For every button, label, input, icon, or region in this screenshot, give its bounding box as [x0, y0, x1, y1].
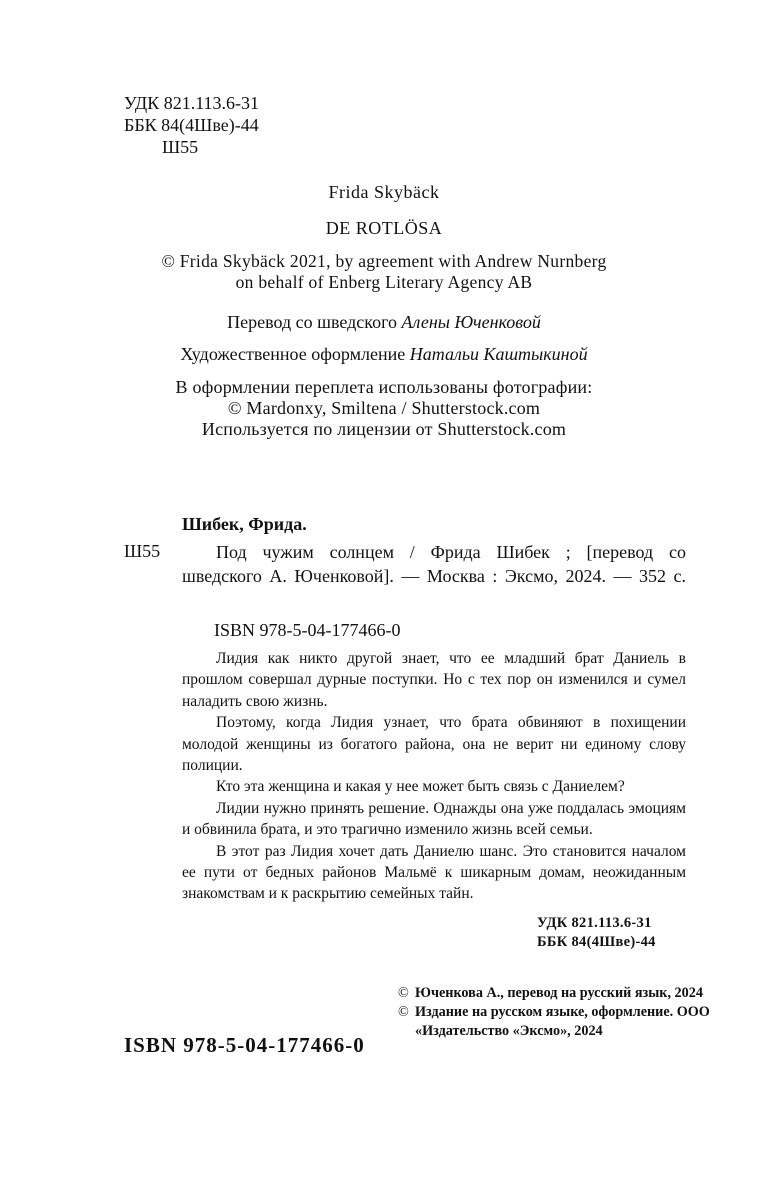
translator-credit: Перевод со шведского Алены Юченковой	[0, 311, 768, 333]
biblio-author-heading: Шибек, Фрида.	[182, 513, 307, 535]
biblio-author-mark: Ш55	[124, 540, 160, 562]
copyright-icon: ©	[398, 984, 409, 1003]
copyright-notice: © Издание на русском языке, оформление. …	[398, 1003, 718, 1041]
author-mark: Ш55	[124, 136, 259, 158]
annotation-paragraph: В этот раз Лидия хочет дать Даниелю шанс…	[182, 841, 686, 905]
original-author: Frida Skybäck	[0, 181, 768, 203]
designer-name: Натальи Каштыкиной	[410, 344, 588, 364]
footer-isbn: ISBN 978-5-04-177466-0	[124, 1032, 365, 1058]
designer-credit: Художественное оформление Натальи Каштык…	[0, 343, 768, 365]
original-copyright: © Frida Skybäck 2021, by agreement with …	[0, 251, 768, 293]
original-title: DE ROTLÖSA	[0, 217, 768, 239]
bbk-code-bottom: ББК 84(4Шве)-44	[537, 933, 656, 952]
copyright-icon: ©	[398, 1003, 409, 1022]
footer-copyrights: © Юченкова А., перевод на русский язык, …	[398, 984, 718, 1041]
translator-prefix: Перевод со шведского	[227, 312, 397, 332]
annotation: Лидия как никто другой знает, что ее мла…	[182, 648, 686, 905]
annotation-paragraph: Лидии нужно принять решение. Однажды она…	[182, 798, 686, 841]
original-copyright-line2: on behalf of Enberg Literary Agency AB	[0, 272, 768, 293]
cover-photo-credits: В оформлении переплета использованы фото…	[0, 377, 768, 440]
classification-bottom: УДК 821.113.6-31 ББК 84(4Шве)-44	[537, 914, 656, 952]
udk-code-bottom: УДК 821.113.6-31	[537, 914, 656, 933]
biblio-isbn: ISBN 978-5-04-177466-0	[214, 619, 401, 641]
copyright-text: Юченкова А., перевод на русский язык, 20…	[415, 985, 703, 1001]
copyright-text: Издание на русском языке, оформление. ОО…	[415, 1004, 710, 1039]
copyright-notice: © Юченкова А., перевод на русский язык, …	[398, 984, 718, 1003]
original-copyright-line1: © Frida Skybäck 2021, by agreement with …	[0, 251, 768, 272]
cover-credits-line1: В оформлении переплета использованы фото…	[0, 377, 768, 398]
bbk-code: ББК 84(4Шве)-44	[124, 114, 259, 136]
annotation-paragraph: Лидия как никто другой знает, что ее мла…	[182, 648, 686, 712]
cover-credits-line3: Используется по лицензии от Shutterstock…	[0, 419, 768, 440]
annotation-paragraph: Кто эта женщина и какая у нее может быть…	[182, 776, 686, 797]
udk-code: УДК 821.113.6-31	[124, 92, 259, 114]
cover-credits-line2: © Mardonxy, Smiltena / Shutterstock.com	[0, 398, 768, 419]
biblio-description: Под чужим солнцем / Фрида Шибек ; [перев…	[182, 540, 686, 588]
classification-top: УДК 821.113.6-31 ББК 84(4Шве)-44 Ш55	[124, 92, 259, 158]
annotation-paragraph: Поэтому, когда Лидия узнает, что брата о…	[182, 712, 686, 776]
designer-prefix: Художественное оформление	[180, 344, 405, 364]
translator-name: Алены Юченковой	[402, 312, 541, 332]
